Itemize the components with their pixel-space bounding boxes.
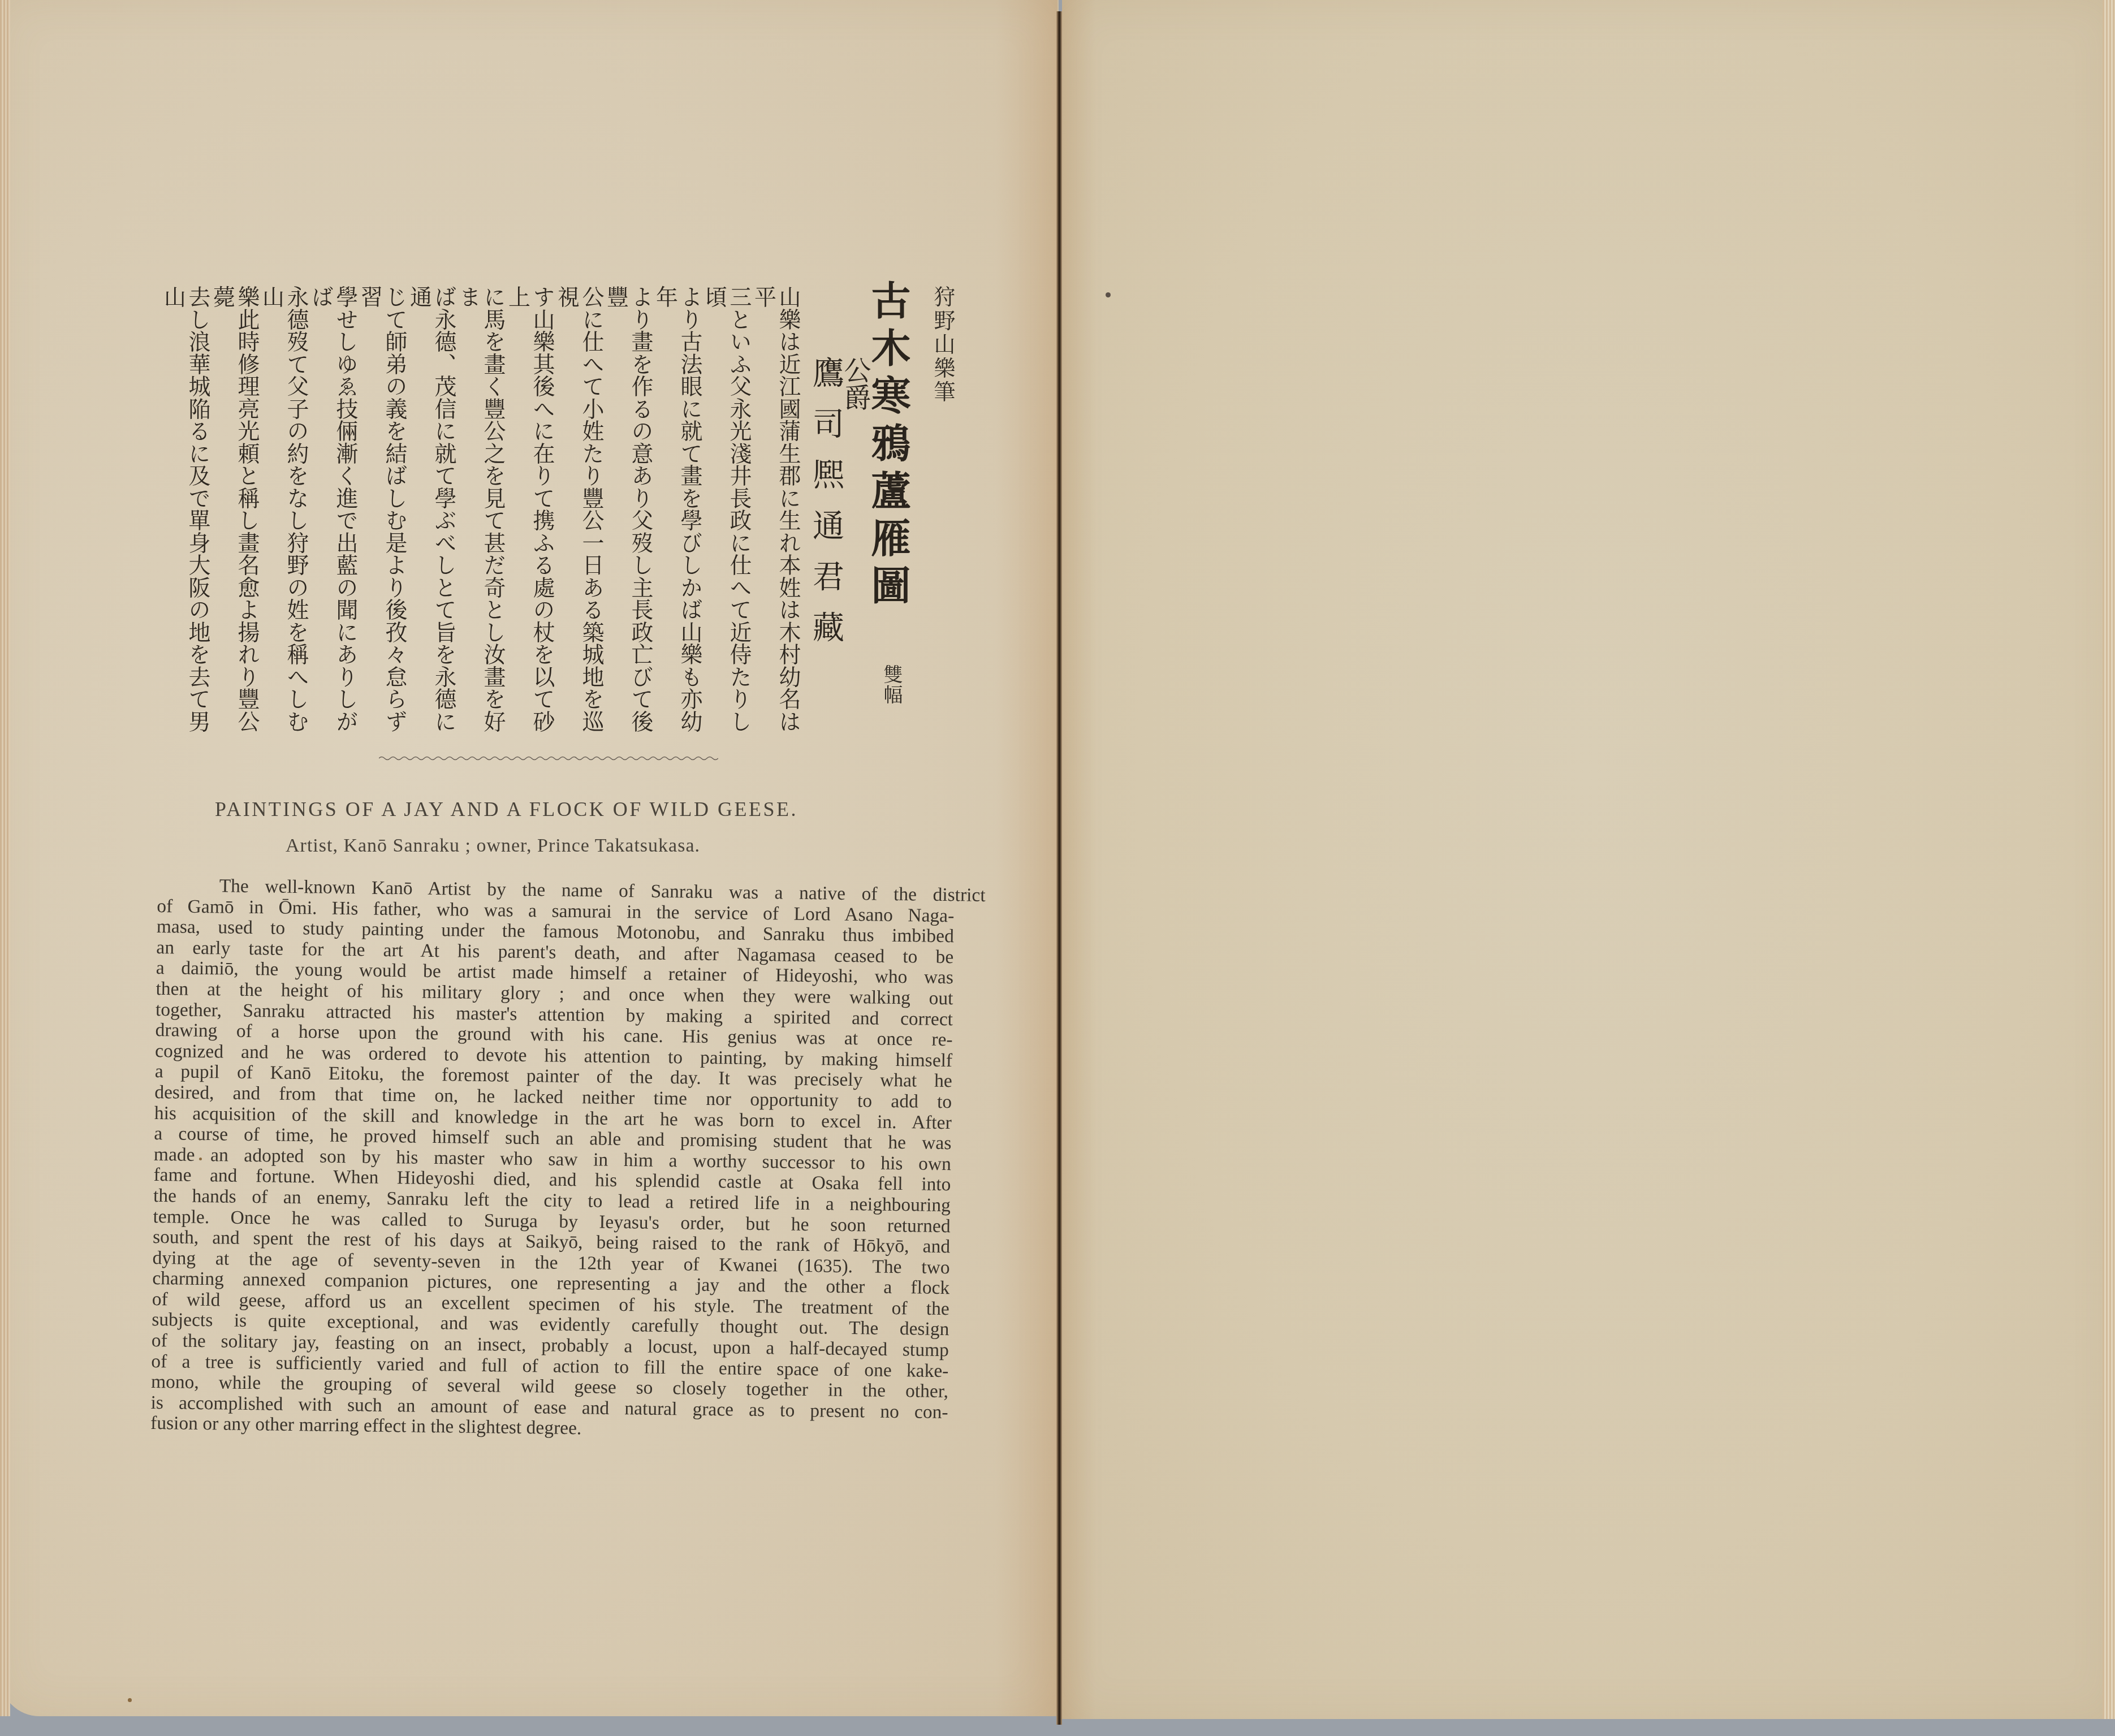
jp-column: 去し浪華城陥るに及で單身大阪の地を去て男山	[161, 286, 210, 749]
jp-column: 永德歿て父子の約をなし狩野の姓を稱へしむ山	[259, 286, 308, 749]
right-page-blank	[1062, 0, 2115, 1719]
jp-column: 山樂は近江國蒲生郡に生れ本姓は木村幼名は平	[751, 286, 800, 749]
jp-column: じて師弟の義を結ばしむ是より後孜々怠らず習	[357, 286, 407, 749]
jp-author-credit: 狩野山樂筆	[927, 286, 959, 404]
english-body-text: The well-known Kanō Artist by the name o…	[150, 875, 955, 1444]
jp-title: 古木寒鴉蘆雁圖	[868, 280, 908, 612]
jp-column: より畫を作るの意あり父歿し主長政亡びて後豐	[603, 286, 653, 749]
gutter-shadow-left	[995, 0, 1057, 1716]
paper-speck	[199, 1158, 202, 1160]
paper-speck	[1106, 292, 1111, 297]
jp-column: す山樂其後へに在りて携ふる處の杖を以て砂上	[505, 286, 554, 749]
jp-column: より古法眼に就て畫を學びしかば山樂も亦幼年	[653, 286, 702, 749]
jp-column: 樂此時修理亮光頼と稱し畫名愈よ揚れり豐公薨	[210, 286, 259, 749]
book-gutter	[1056, 11, 1062, 1725]
jp-owner: 公爵 鷹司熈通君藏	[810, 356, 869, 662]
english-title: PAINTINGS OF A JAY AND A FLOCK OF WILD G…	[215, 797, 865, 821]
jp-column: 公に仕へて小姓たり豐公一日ある築城地を巡視	[554, 286, 603, 749]
jp-owner-rank: 公爵	[841, 356, 869, 640]
english-credit-line: Artist, Kanō Sanraku ; owner, Prince Tak…	[286, 835, 700, 857]
paper-speck	[128, 1698, 132, 1702]
jp-subtitle-pair-scrolls: 雙幅	[878, 664, 905, 705]
page-stack-edge-right	[2103, 0, 2115, 1719]
jp-owner-name: 鷹司熈通君藏	[810, 356, 841, 662]
wavy-divider	[379, 755, 718, 764]
left-page	[0, 0, 1059, 1716]
jp-column: 三といふ父永光淺井長政に仕へて近侍たりし頃	[702, 286, 751, 749]
jp-body-text: 山樂は近江國蒲生郡に生れ本姓は木村幼名は平 三といふ父永光淺井長政に仕へて近侍た…	[161, 286, 800, 749]
jp-column: に馬を畫く豐公之を見て甚だ奇とし汝畫を好ま	[456, 286, 505, 749]
jp-column: ば永德、茂信に就て學ぶべしとて旨を永德に通	[407, 286, 456, 749]
gutter-shadow-right	[1062, 0, 1096, 1719]
jp-column: 學せしゆゑ技倆漸く進で出藍の聞にありしがば	[308, 286, 357, 749]
page-stack-edge-left	[0, 0, 10, 1716]
